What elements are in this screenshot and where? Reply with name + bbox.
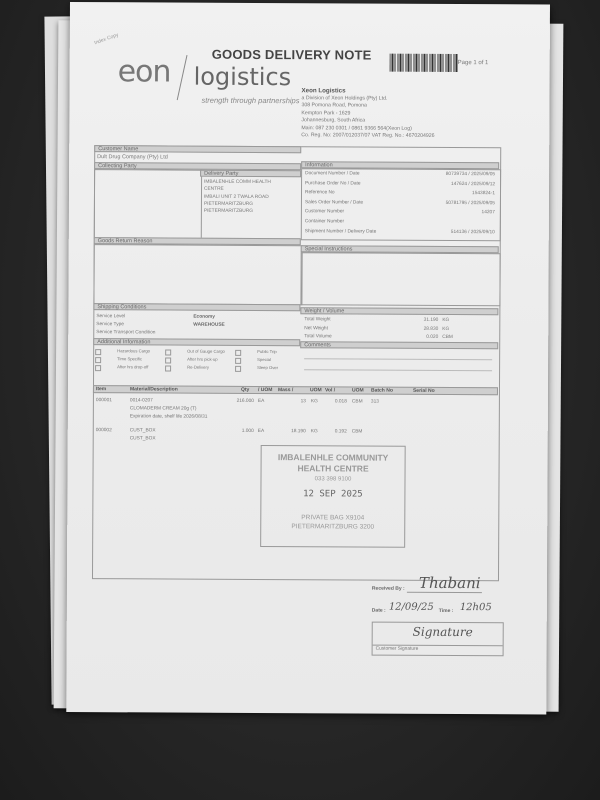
time-value: 12h05 bbox=[460, 602, 492, 613]
shipping-value: Economy bbox=[193, 315, 215, 320]
items-column-header: / UOM bbox=[258, 387, 272, 393]
additional-information-header: Additional Information bbox=[93, 338, 300, 346]
logo-logistics: logistics bbox=[194, 63, 292, 92]
item-mass-uom: KG bbox=[311, 399, 318, 404]
items-column-header: Material/Description bbox=[130, 386, 178, 392]
items-column-header: Batch No bbox=[371, 388, 393, 394]
document-title: GOODS DELIVERY NOTE bbox=[212, 47, 372, 63]
option-label: Special bbox=[257, 357, 271, 362]
received-stamp: IMBALENHLE COMMUNITY HEALTH CENTRE 033 3… bbox=[260, 445, 406, 548]
weight-volume-rows: Total Weight31.190KGNet Weight28.830KGTo… bbox=[70, 2, 550, 5]
weight-unit: CBM bbox=[442, 335, 453, 340]
corner-stamp-text: Index Copy bbox=[94, 32, 120, 46]
information-label: Purchase Order No / Date bbox=[305, 181, 360, 186]
stamp-line: HEALTH CENTRE bbox=[262, 463, 405, 474]
option-checkbox[interactable] bbox=[235, 350, 241, 356]
items-column-header: Mass / bbox=[278, 387, 293, 393]
weight-label: Net Weight bbox=[304, 326, 328, 331]
option-label: After hrs drop-off bbox=[117, 364, 148, 369]
option-checkbox[interactable] bbox=[235, 366, 241, 372]
shipping-label: Service Transport Condition bbox=[96, 330, 155, 335]
stamp-line: PIETERMARITZBURG 3200 bbox=[261, 523, 404, 531]
items-column-header: Vol / bbox=[325, 387, 335, 393]
customer-name-value: Dult Drug Company (Pty) Ltd bbox=[97, 154, 168, 160]
weight-label: Total Volume bbox=[304, 334, 331, 339]
delivery-party-line: PIETERMARITZBURG bbox=[204, 209, 253, 214]
goods-return-reason-box bbox=[93, 244, 302, 305]
item-description: CUST_BOX bbox=[130, 436, 156, 441]
collecting-party-box bbox=[94, 169, 202, 240]
comments-header: Comments bbox=[300, 341, 498, 349]
date-value: 12/09/25 bbox=[389, 602, 434, 613]
logo-divider bbox=[177, 55, 188, 100]
page-indicator: Page 1 of 1 bbox=[458, 60, 489, 66]
received-by-value: Thabani bbox=[419, 574, 481, 592]
items-column-header: UOM bbox=[310, 387, 322, 393]
option-label: After hrs pick-up bbox=[187, 357, 218, 362]
delivery-party-line: IMBALI UNIT 2 TWALA ROAD bbox=[204, 195, 269, 200]
weight-unit: KG bbox=[442, 318, 449, 323]
additional-information-options: Hazardous CargoOut of Gauge CargoPublic … bbox=[70, 2, 550, 5]
weight-value: 0.020 bbox=[398, 335, 438, 340]
delivery-party-line: CENTRE bbox=[204, 187, 224, 192]
stamp-phone: 033 398 9100 bbox=[261, 476, 404, 483]
item-material: CUST_BOX bbox=[130, 428, 156, 433]
option-label: Out of Gauge Cargo bbox=[187, 349, 225, 354]
option-checkbox[interactable] bbox=[235, 358, 241, 364]
option-checkbox[interactable] bbox=[95, 349, 101, 355]
stamp-date: 12 SEP 2025 bbox=[261, 489, 404, 500]
barcode bbox=[390, 54, 458, 72]
option-checkbox[interactable] bbox=[95, 365, 101, 371]
item-vol: 0.192 bbox=[323, 429, 347, 434]
item-uom: EA bbox=[258, 429, 264, 434]
logo-eon: eon bbox=[118, 54, 171, 89]
items-column-header: UOM bbox=[352, 387, 364, 393]
information-value: 80739734 / 2025/09/05 bbox=[399, 172, 495, 178]
information-label: Reference No bbox=[305, 190, 335, 195]
information-value: 147624 / 2025/09/12 bbox=[399, 181, 495, 187]
option-label: Hazardous Cargo bbox=[117, 348, 150, 353]
weight-volume-header: Weight / Volume bbox=[300, 307, 498, 315]
information-label: Document Number / Date bbox=[305, 171, 359, 176]
item-mass: 13 bbox=[278, 399, 306, 404]
stamp-line: PRIVATE BAG X9104 bbox=[261, 514, 404, 522]
received-by-label: Received By : bbox=[372, 586, 405, 592]
information-value: 14207 bbox=[399, 210, 495, 216]
item-qty: 1.000 bbox=[218, 429, 254, 434]
weight-label: Total Weight bbox=[304, 317, 330, 322]
information-value: 1543824-1 bbox=[399, 191, 495, 197]
item-mass: 18.190 bbox=[278, 429, 306, 434]
items-header: ItemMaterial/DescriptionQty/ UOMMass /UO… bbox=[70, 2, 550, 5]
option-label: Time Specific bbox=[117, 356, 142, 361]
customer-signature-box: Signature Customer Signature bbox=[372, 622, 504, 657]
item-qty: 216.000 bbox=[218, 399, 254, 404]
item-description: Expiration date, shelf life 2026/08/31 bbox=[130, 414, 208, 419]
customer-name-header: Customer Name bbox=[94, 145, 301, 153]
option-label: Public Trip bbox=[257, 349, 277, 354]
item-vol-uom: CBM bbox=[352, 399, 363, 404]
delivery-party-line: PIETERMARITZBURG bbox=[204, 202, 253, 207]
information-label: Sales Order Number / Date bbox=[305, 200, 363, 205]
shipping-label: Service Type bbox=[96, 322, 124, 327]
information-value: 50781795 / 2025/09/05 bbox=[399, 201, 495, 207]
company-address: Xeon Logistics a Division of Xeon Holdin… bbox=[301, 87, 435, 140]
item-batch: 313 bbox=[371, 400, 379, 405]
weight-unit: KG bbox=[442, 326, 449, 331]
shipping-label: Service Level bbox=[96, 314, 125, 319]
item-number: 000002 bbox=[96, 428, 112, 433]
items-column-header: Item bbox=[96, 386, 106, 392]
option-label: Re-Delivery bbox=[187, 365, 209, 370]
item-vol: 0.018 bbox=[323, 399, 347, 404]
option-checkbox[interactable] bbox=[165, 350, 171, 356]
stamp-line: IMBALENHLE COMMUNITY bbox=[262, 452, 405, 463]
option-checkbox[interactable] bbox=[95, 357, 101, 363]
option-checkbox[interactable] bbox=[165, 358, 171, 364]
items-body: 0000010014-0207216.000EA13KG0.018CBM313C… bbox=[70, 2, 550, 5]
option-label: Sleep Over bbox=[257, 365, 278, 370]
item-uom: EA bbox=[258, 399, 264, 404]
shipping-conditions-header: Shipping Conditions bbox=[93, 303, 300, 311]
signature-scribble: Signature bbox=[413, 625, 473, 639]
logo-tagline: strength through partnerships bbox=[201, 96, 299, 106]
time-label: Time : bbox=[439, 608, 454, 614]
delivery-note-page: Index Copy GOODS DELIVERY NOTE Page 1 of… bbox=[66, 2, 550, 715]
shipping-value: WAREHOUSE bbox=[193, 323, 224, 328]
information-rows: Document Number / Date80739734 / 2025/09… bbox=[70, 2, 550, 5]
date-label: Date : bbox=[372, 608, 386, 614]
items-column-header: Qty bbox=[241, 387, 249, 393]
option-checkbox[interactable] bbox=[165, 366, 171, 372]
weight-value: 28.830 bbox=[398, 326, 438, 331]
delivery-party-line: IMBALENHLE COMM HEALTH bbox=[204, 180, 271, 185]
information-label: Customer Number bbox=[305, 210, 344, 215]
weight-value: 31.190 bbox=[398, 318, 438, 323]
item-vol-uom: CBM bbox=[352, 429, 363, 434]
item-mass-uom: KG bbox=[311, 429, 318, 434]
information-value: 514136 / 2025/09/10 bbox=[399, 229, 495, 235]
item-number: 000001 bbox=[96, 398, 112, 403]
company-line: Co. Reg. No: 2007/012037/07 VAT Reg. No.… bbox=[301, 132, 434, 140]
delivery-party-header: Delivery Party bbox=[200, 170, 301, 178]
item-description: CLOMADERM CREAM 20g (T) bbox=[130, 406, 197, 411]
special-instructions-box bbox=[300, 252, 500, 306]
item-material: 0014-0207 bbox=[130, 398, 153, 403]
customer-signature-label: Customer Signature bbox=[376, 647, 419, 652]
information-label: Container Number bbox=[305, 219, 344, 224]
items-column-header: Serial No bbox=[413, 388, 435, 394]
information-label: Shipment Number / Delivery Date bbox=[305, 229, 376, 234]
received-by-line bbox=[407, 592, 482, 593]
